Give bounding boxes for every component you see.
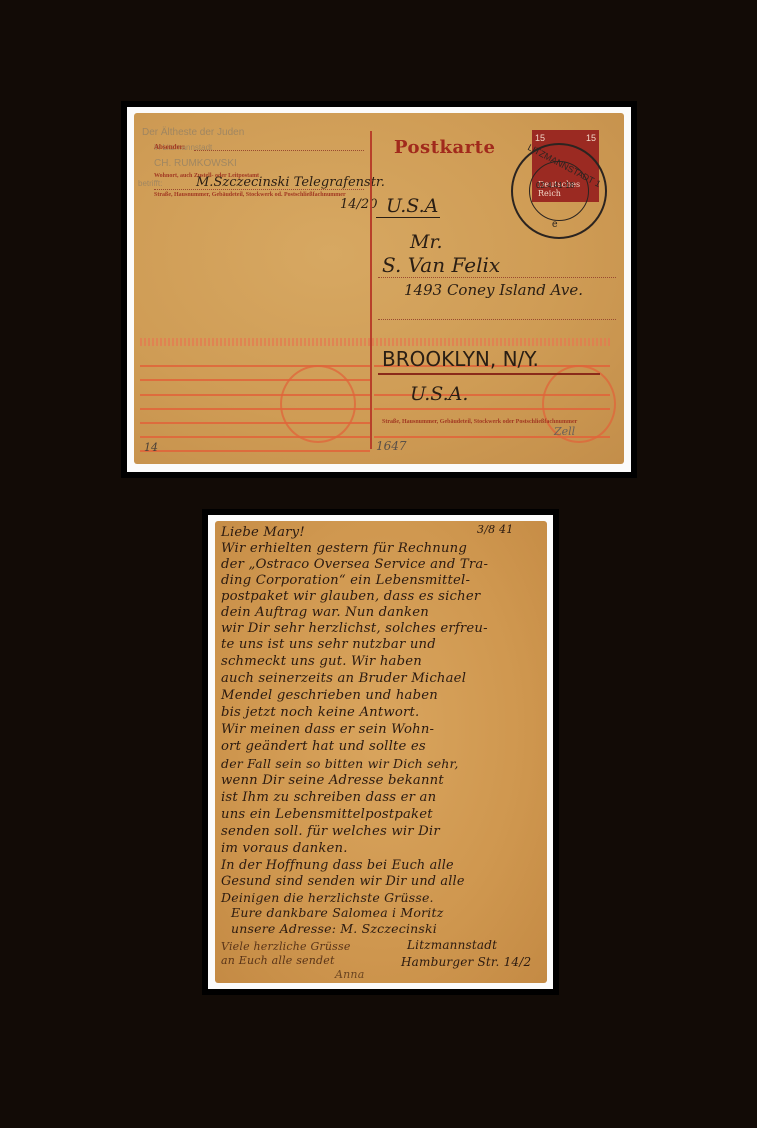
- letter-line: postpaket wir glauben, dass es sicher: [221, 589, 480, 604]
- letter-line: Eure dankbare Salomea i Moritz: [231, 905, 444, 920]
- ruled-line: [140, 450, 370, 452]
- letter-line: te uns ist uns sehr nutzbar und: [221, 637, 436, 652]
- recipient-city: BROOKLYN, N/Y.: [382, 347, 539, 371]
- letter-line: im voraus danken.: [221, 841, 348, 856]
- letter-line: Wir erhielten gestern für Rechnung: [221, 541, 467, 556]
- letter-line: der „Ostraco Oversea Service and Tra-: [221, 557, 488, 572]
- closing-right-line: Litzmannstadt: [407, 938, 497, 952]
- recipient-street: 1493 Coney Island Ave.: [404, 281, 583, 299]
- letter-line: Mendel geschrieben und haben: [221, 688, 438, 703]
- sender-handwritten: M.Szczecinski Telegrafenstr.: [196, 175, 385, 190]
- letter-line: Liebe Mary!: [221, 525, 305, 540]
- letter-line: senden soll. für welches wir Dir: [221, 824, 440, 839]
- faded-stamp-line: Der Ältheste der Juden: [142, 127, 244, 138]
- pencil-mark: 1647: [376, 439, 407, 453]
- faded-stamp-line: betrifft:: [138, 179, 162, 188]
- recipient-country: U.S.A.: [410, 383, 468, 405]
- letter-line: Deinigen die herzlichste Grüsse.: [221, 890, 434, 905]
- letter-line: schmeckt uns gut. Wir haben: [221, 654, 422, 669]
- letter-line: auch seinerzeits an Bruder Michael: [221, 671, 466, 686]
- residence-line: [154, 189, 364, 190]
- letter-line: Gesund sind senden wir Dir und alle: [221, 874, 465, 889]
- letter-line: unsere Adresse: M. Szczecinski: [231, 921, 437, 936]
- postmark-date: 02.4.41-18: [536, 181, 574, 190]
- letter-line: uns ein Lebensmittelpostpaket: [221, 807, 433, 822]
- pencil-mark: Zell: [554, 425, 575, 438]
- sender-line: [194, 150, 364, 151]
- street-label: Straße, Hausnummer, Gebäudeteil, Stockwe…: [154, 192, 346, 198]
- underline: [376, 217, 440, 218]
- letter-line: ist Ihm zu schreiben dass er an: [221, 790, 436, 805]
- recipient-name: S. Van Felix: [382, 253, 500, 277]
- letter-line: In der Hoffnung dass bei Euch alle: [221, 858, 454, 873]
- address-line: [378, 277, 616, 278]
- street-label-right: Straße, Hausnummer, Gebäudeteil, Stockwe…: [382, 419, 577, 425]
- letter-line: wenn Dir seine Adresse bekannt: [221, 773, 444, 788]
- postcard-back: 3/8 41 Liebe Mary! Wir erhielten gestern…: [215, 521, 547, 983]
- letter-line: ding Corporation“ ein Lebensmittel-: [221, 573, 470, 588]
- closing-left-line: an Euch alle sendet: [221, 954, 335, 967]
- letter-line: Wir meinen dass er sein Wohn-: [221, 722, 434, 737]
- barcode-strip: [140, 338, 610, 346]
- stamp-value-left: 15: [535, 133, 545, 143]
- censor-stamp: [280, 365, 356, 443]
- letter-line: bis jetzt noch keine Antwort.: [221, 705, 419, 720]
- letter-line: ort geändert hat und sollte es: [221, 739, 426, 754]
- city-underline: [378, 373, 600, 375]
- postmark-letter: e: [552, 219, 558, 230]
- letter-line: dein Auftrag war. Nun danken: [221, 605, 429, 620]
- closing-left-line: Viele herzliche Grüsse: [221, 940, 351, 953]
- address-line: [378, 319, 616, 320]
- letter-line: der Fall sein so bitten wir Dich sehr,: [221, 756, 459, 771]
- recipient-country-top: U.S.A: [386, 195, 438, 217]
- recipient-salutation: Mr.: [410, 231, 443, 253]
- pencil-mark: 14: [144, 441, 158, 454]
- sender-label: Absender:: [154, 143, 185, 151]
- closing-right-line: Hamburger Str. 14/2: [401, 955, 531, 969]
- postkarte-title: Postkarte: [394, 137, 495, 158]
- ruled-line: [140, 365, 370, 367]
- letter-date: 3/8 41: [477, 523, 513, 536]
- postcard-front: Der Ältheste der Juden in Litzmannstadt …: [134, 113, 624, 464]
- stamp-value-right: 15: [586, 133, 596, 143]
- letter-line: wir Dir sehr herzlichst, solches erfreu-: [221, 621, 488, 636]
- faded-stamp-line: CH. RUMKOWSKI: [154, 158, 237, 169]
- card-divider: [370, 131, 372, 449]
- closing-left-signature: Anna: [335, 968, 364, 981]
